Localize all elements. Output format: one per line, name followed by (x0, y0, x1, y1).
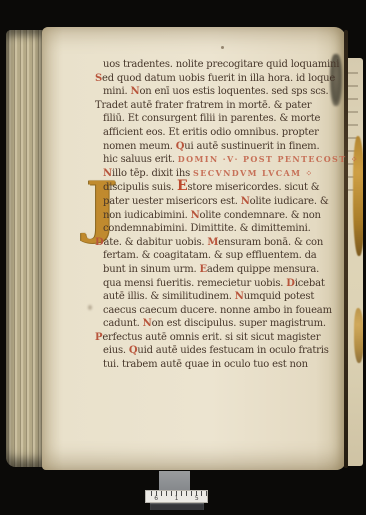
text-segment: Tradet autē frater fratrem in mortē. & p… (95, 100, 311, 111)
text-segment: S (95, 73, 102, 84)
text-segment: on est discipulus. super magistrum. (152, 318, 326, 329)
text-segment: fertam. & coagitatam. & sup effluentem. … (103, 250, 317, 261)
text-line: Sed quod datum uobis fuerit in illa hora… (95, 72, 357, 86)
text-line: bunt in sinum urm. Eadem quippe mensura. (95, 263, 357, 277)
page-edge-stack (6, 30, 43, 467)
text-line: pater uester misericors est. Nolite iudi… (95, 195, 357, 209)
text-segment: olite condemnare. & non (200, 210, 321, 221)
text-segment: mini. (103, 86, 130, 97)
text-line: Date. & dabitur uobis. Mensuram bonā. & … (95, 236, 357, 250)
rubric-text: DOMIN ·V· POST PENTECOST ⁘ (178, 154, 359, 164)
rubric-text: SECVNDVM LVCAM ⁘ (193, 168, 314, 178)
text-segment: erfectus autē omnis erit. si sit sicut m… (102, 332, 320, 343)
text-segment: non iudicabimini. (103, 210, 191, 221)
text-segment: umquid potest (244, 291, 314, 302)
text-line: condemnabimini. Dimittite. & dimittemini… (95, 222, 357, 236)
text-segment: autē illis. & similitudinem. (103, 291, 235, 302)
text-line: hic saluus erit. DOMIN ·V· POST PENTECOS… (95, 153, 357, 167)
text-line: Perfectus autē omnis erit. si sit sicut … (95, 331, 357, 345)
photo-scale-ruler: 6 1 5 (145, 490, 208, 503)
text-segment: hic saluus erit. (103, 154, 178, 165)
text-segment: olite iudicare. & (250, 196, 329, 207)
text-segment: tui. trabem autē quae in oculo tuo est n… (103, 359, 308, 370)
stain-speck (88, 305, 92, 310)
text-line: discipulis suis. Estore misericordes. si… (95, 180, 357, 195)
text-segment: Q (176, 141, 185, 152)
text-segment: uos tradentes. nolite precogitare quid l… (103, 59, 339, 70)
text-segment: icebat (295, 278, 325, 289)
text-segment: adem quippe mensura. (207, 264, 319, 275)
text-segment: N (191, 210, 200, 221)
text-segment: discipulis suis. (103, 182, 177, 193)
text-segment: M (207, 237, 218, 248)
text-line: fertam. & coagitatam. & sup effluentem. … (95, 249, 357, 263)
text-segment: N (103, 168, 112, 179)
text-line: Nillo tēp. dixit ihs SECVNDVM LVCAM ⁘ (95, 167, 357, 181)
text-segment: ensuram bonā. & con (218, 237, 323, 248)
text-segment: ed quod datum uobis fuerit in illa hora.… (102, 73, 335, 84)
text-segment: qua mensi fueritis. remecietur uobis. (103, 278, 286, 289)
text-segment: N (241, 196, 250, 207)
text-segment: uid autē uides festucam in oculo fratris (137, 345, 328, 356)
stain-speck (221, 46, 224, 49)
text-segment: pater uester misericors est. (103, 196, 241, 207)
photo-scale-base (150, 503, 204, 510)
text-segment: E (177, 178, 187, 194)
text-line: tui. trabem autē quae in oculo tuo est n… (95, 358, 357, 372)
text-block: uos tradentes. nolite precogitare quid l… (95, 58, 357, 372)
text-segment: nomen meum. (103, 141, 176, 152)
text-line: caecus caecum ducere. nonne ambo in foue… (95, 304, 357, 318)
text-line: afficient eos. Et eritis odio omnibus. p… (95, 126, 357, 140)
ruler-digit: 6 (154, 495, 158, 503)
text-segment: cadunt. (103, 318, 143, 329)
text-segment: condemnabimini. Dimittite. & dimittemini… (103, 223, 311, 234)
text-line: uos tradentes. nolite precogitare quid l… (95, 58, 357, 72)
text-segment: E (199, 264, 206, 275)
text-segment: ui autē sustinuerit in finem. (184, 141, 319, 152)
text-line: Tradet autē frater fratrem in mortē. & p… (95, 99, 357, 113)
ruler-digit: 1 (175, 495, 179, 503)
text-line: filiū. Et consurgent filii in parentes. … (95, 112, 357, 126)
text-line: nomen meum. Qui autē sustinuerit in fine… (95, 140, 357, 154)
text-segment: eius. (103, 345, 129, 356)
text-segment: store misericordes. sicut & (187, 182, 319, 193)
text-line: cadunt. Non est discipulus. super magist… (95, 317, 357, 331)
text-segment: caecus caecum ducere. nonne ambo in foue… (103, 305, 332, 316)
text-line: autē illis. & similitudinem. Numquid pot… (95, 290, 357, 304)
text-segment: filiū. Et consurgent filii in parentes. … (103, 113, 320, 124)
ruler-digits: 6 1 5 (146, 495, 207, 503)
text-line: mini. Non enī uos estis loquentes. sed s… (95, 85, 357, 99)
text-segment: afficient eos. Et eritis odio omnibus. p… (103, 127, 319, 138)
book-photo: J uos tradentes. nolite precogitare quid… (0, 0, 366, 515)
text-segment: ate. & dabitur uobis. (103, 237, 207, 248)
text-segment: N (235, 291, 244, 302)
text-segment: illo tēp. dixit ihs (112, 168, 193, 179)
text-segment: N (143, 318, 152, 329)
photo-scale-tab (159, 471, 190, 492)
text-line: qua mensi fueritis. remecietur uobis. Di… (95, 277, 357, 291)
ruler-digit: 5 (195, 495, 199, 503)
text-segment: on enī uos estis loquentes. sed sps scs. (139, 86, 328, 97)
text-line: eius. Quid autē uides festucam in oculo … (95, 344, 357, 358)
text-segment: D (286, 278, 294, 289)
text-segment: bunt in sinum urm. (103, 264, 199, 275)
text-line: non iudicabimini. Nolite condemnare. & n… (95, 209, 357, 223)
